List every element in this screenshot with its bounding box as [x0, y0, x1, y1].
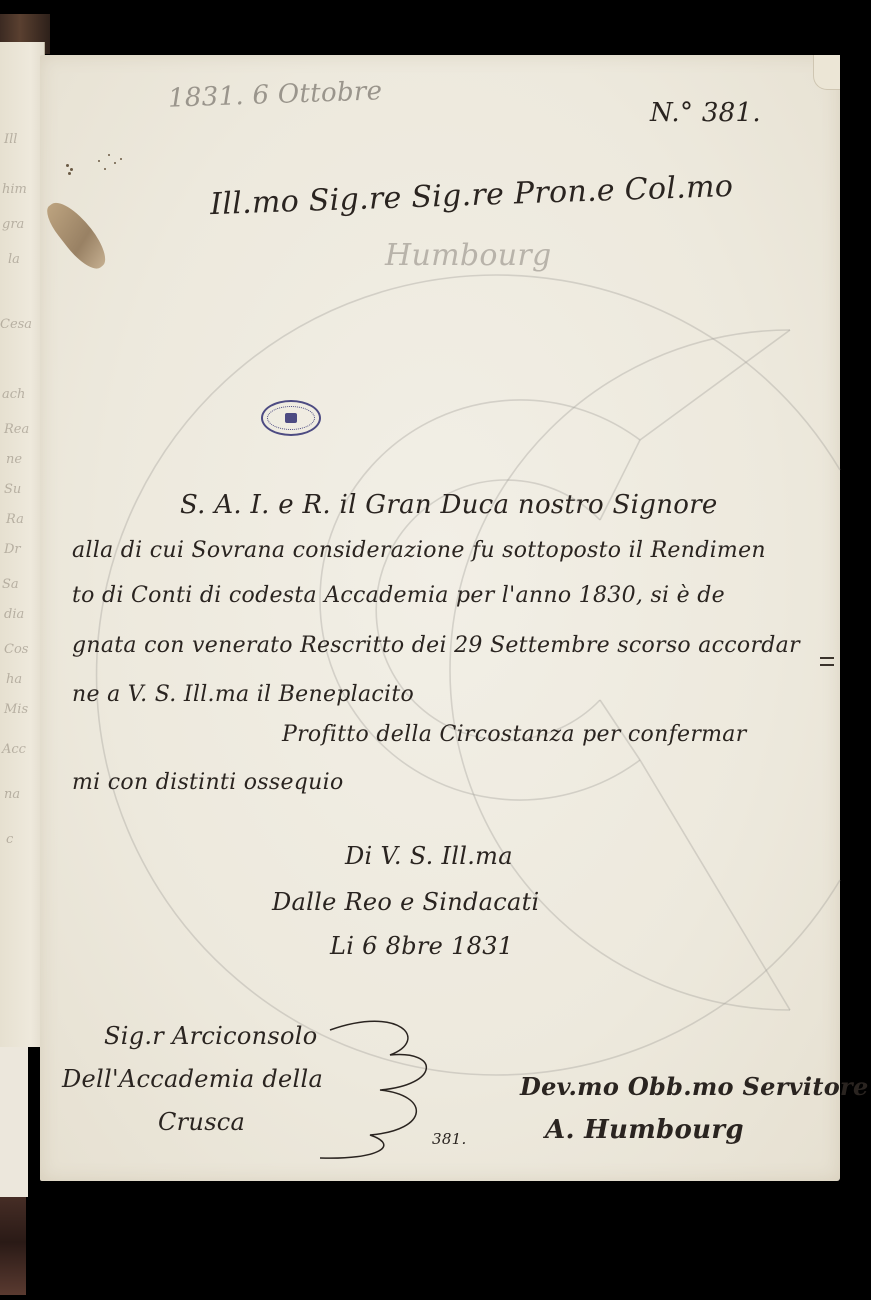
pencil-name: Humbourg — [385, 238, 551, 273]
continuation-mark — [820, 657, 834, 666]
left-page-lower-edge — [0, 1047, 28, 1197]
left-page-fragment: Rea — [4, 422, 29, 437]
left-page-fragment: him — [2, 182, 27, 197]
left-page-fragment: Ill — [4, 132, 17, 147]
ink-specks — [60, 150, 150, 210]
left-facing-page: Ill him gra la Cesa ach Rea ne Su Ra Dr … — [0, 42, 45, 1047]
addressee-line: Sig.r Arciconsolo — [104, 1022, 317, 1050]
body-line: alla di cui Sovrana considerazione fu so… — [72, 538, 766, 563]
body-line: to di Conti di codesta Accademia per l'a… — [72, 583, 725, 608]
library-stamp-icon — [261, 400, 321, 436]
signature-name: A. Humbourg — [545, 1115, 744, 1145]
left-page-fragment: Mis — [4, 702, 28, 717]
left-page-fragment: Acc — [2, 742, 26, 757]
body-line: Profitto della Circostanza per confermar — [282, 722, 747, 747]
left-page-fragment: ha — [6, 672, 22, 687]
left-page-fragment: Cesa — [0, 317, 32, 332]
body-line: ne a V. S. Ill.ma il Beneplacito — [72, 682, 414, 707]
left-page-fragment: Su — [4, 482, 21, 497]
book-spine-bottom — [0, 1190, 26, 1295]
flourish-icon — [290, 1010, 450, 1170]
left-page-fragment: ach — [2, 387, 25, 402]
document-number: N.° 381. — [650, 98, 761, 128]
left-page-fragment: na — [4, 787, 20, 802]
closing-line: Di V. S. Ill.ma — [345, 842, 513, 870]
body-line: S. A. I. e R. il Gran Duca nostro Signor… — [180, 490, 718, 520]
closing-date: Li 6 8bre 1831 — [330, 932, 513, 960]
signature-line: Dev.mo Obb.mo Servitore — [520, 1072, 869, 1101]
addressee-line: Crusca — [158, 1108, 245, 1136]
left-page-fragment: Sa — [2, 577, 19, 592]
folded-corner — [813, 55, 840, 90]
left-page-fragment: gra — [2, 217, 24, 232]
left-page-fragment: dia — [4, 607, 24, 622]
closing-line: Dalle Reo e Sindacati — [272, 888, 540, 916]
left-page-fragment: Cos — [4, 642, 28, 657]
left-page-fragment: ne — [6, 452, 22, 467]
addressee-line: Dell'Accademia della — [62, 1065, 323, 1093]
page-number: 381. — [432, 1130, 467, 1148]
left-page-fragment: la — [8, 252, 20, 267]
body-line: mi con distinti ossequio — [72, 770, 344, 795]
left-page-fragment: c — [6, 832, 13, 847]
body-line: gnata con venerato Rescritto dei 29 Sett… — [72, 633, 800, 658]
left-page-fragment: Ra — [6, 512, 24, 527]
left-page-fragment: Dr — [4, 542, 21, 557]
